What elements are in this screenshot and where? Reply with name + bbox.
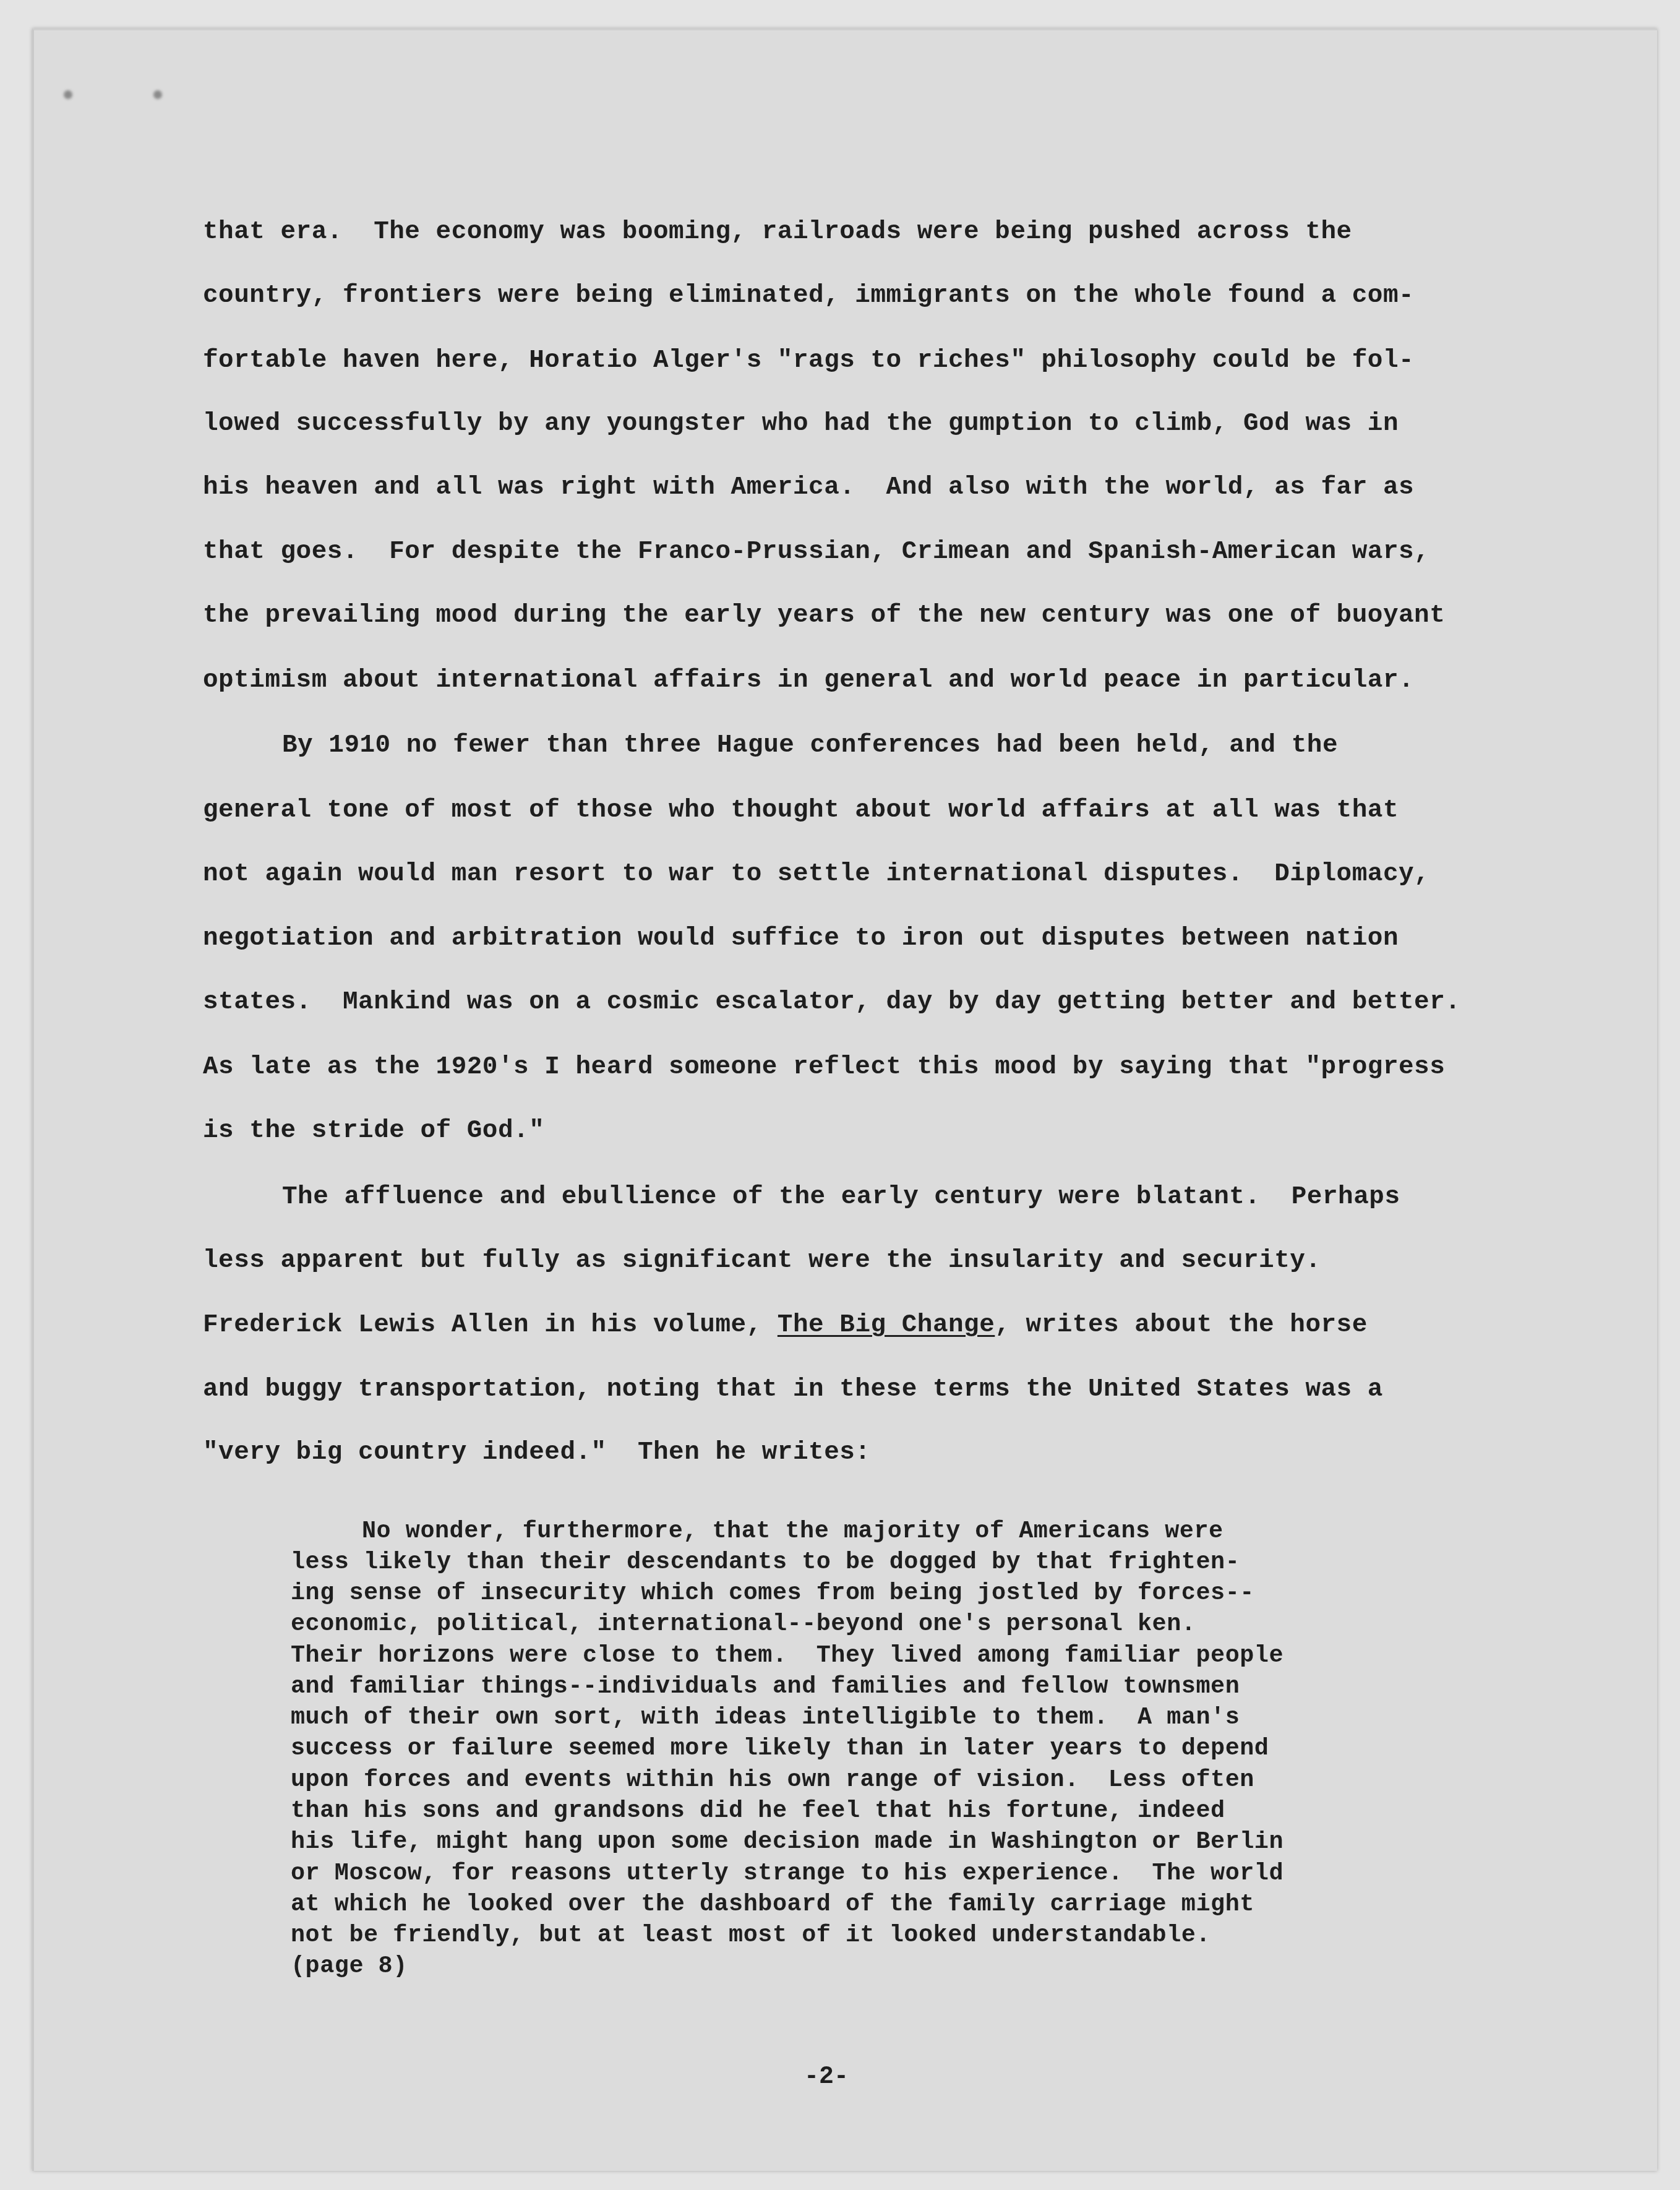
body-line: fortable haven here, Horatio Alger's "ra… xyxy=(203,348,1414,374)
body-line: is the stride of God." xyxy=(203,1119,544,1144)
body-line: and buggy transportation, noting that in… xyxy=(203,1377,1383,1402)
quote-line: or Moscow, for reasons utterly strange t… xyxy=(291,1861,1284,1886)
body-line: optimism about international affairs in … xyxy=(203,668,1414,693)
quote-line: than his sons and grandsons did he feel … xyxy=(291,1798,1225,1823)
body-line: that goes. For despite the Franco-Prussi… xyxy=(203,539,1429,565)
body-line: Frederick Lewis Allen in his volume, The… xyxy=(203,1313,1368,1338)
body-line: lowed successfully by any youngster who … xyxy=(203,411,1399,437)
body-line: less apparent but fully as significant w… xyxy=(203,1248,1321,1274)
body-line: the prevailing mood during the early yea… xyxy=(203,603,1445,629)
body-line-suffix: , writes about the horse xyxy=(995,1311,1368,1339)
quote-line: not be friendly, but at least most of it… xyxy=(291,1923,1211,1947)
body-line: states. Mankind was on a cosmic escalato… xyxy=(203,990,1460,1015)
quote-line: No wonder, furthermore, that the majorit… xyxy=(362,1519,1224,1544)
punch-mark xyxy=(153,90,162,99)
quote-line: upon forces and events within his own ra… xyxy=(291,1767,1254,1792)
body-line: As late as the 1920's I heard someone re… xyxy=(203,1055,1445,1080)
quote-citation: (page 8) xyxy=(291,1954,408,1978)
quote-line: at which he looked over the dashboard of… xyxy=(291,1892,1254,1917)
body-line-prefix: Frederick Lewis Allen in his volume, xyxy=(203,1311,778,1339)
punch-mark xyxy=(64,90,72,99)
page-number: -2- xyxy=(804,2063,849,2091)
body-line: "very big country indeed." Then he write… xyxy=(203,1440,870,1466)
body-line: general tone of most of those who though… xyxy=(203,798,1399,823)
paragraph-start: By 1910 no fewer than three Hague confer… xyxy=(282,733,1338,758)
quote-line: economic, political, international--beyo… xyxy=(291,1612,1196,1636)
body-line: that era. The economy was booming, railr… xyxy=(203,220,1352,245)
quote-line: ing sense of insecurity which comes from… xyxy=(291,1581,1254,1605)
quote-line: his life, might hang upon some decision … xyxy=(291,1829,1284,1854)
quote-line: much of their own sort, with ideas intel… xyxy=(291,1705,1240,1730)
body-line: not again would man resort to war to set… xyxy=(203,862,1429,887)
quote-line: and familiar things--individuals and fam… xyxy=(291,1674,1240,1699)
quote-line: Their horizons were close to them. They … xyxy=(291,1643,1284,1668)
body-line: country, frontiers were being eliminated… xyxy=(203,283,1414,309)
body-line: negotiation and arbitration would suffic… xyxy=(203,926,1399,951)
paragraph-start: The affluence and ebullience of the earl… xyxy=(282,1185,1400,1210)
book-title: The Big Change xyxy=(778,1311,995,1339)
quote-line: less likely than their descendants to be… xyxy=(291,1550,1240,1574)
quote-line: success or failure seemed more likely th… xyxy=(291,1736,1269,1761)
body-line: his heaven and all was right with Americ… xyxy=(203,475,1414,500)
